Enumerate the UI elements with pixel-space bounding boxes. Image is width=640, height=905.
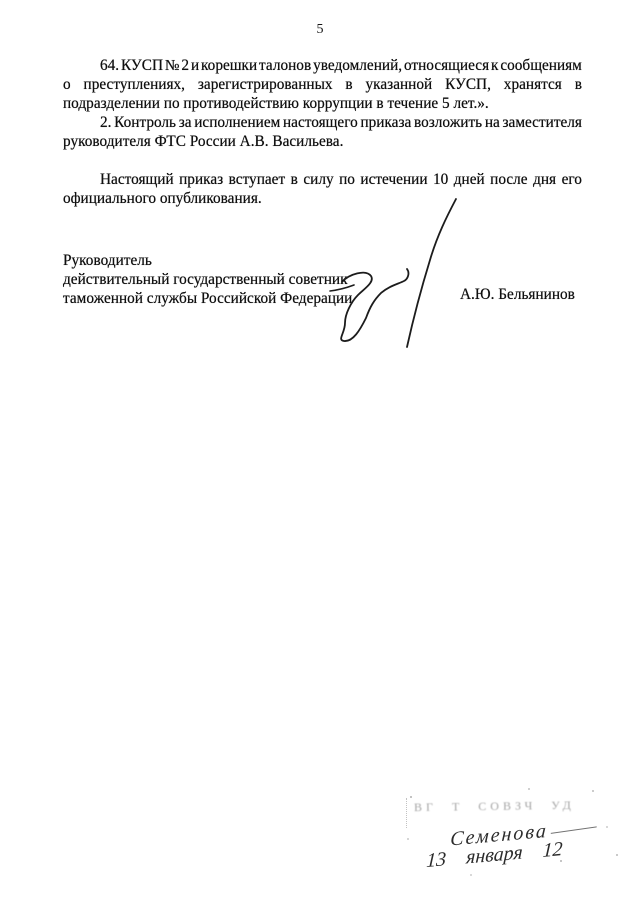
document-page: 5 64.КУСП№2икорешкиталоновуведомлений,от…: [0, 0, 640, 905]
text-line: официального опубликования.: [63, 189, 582, 208]
scan-noise-dots: [410, 796, 412, 798]
text-line: подразделении по противодействию коррупц…: [63, 94, 582, 113]
page-number: 5: [0, 22, 640, 38]
text-line: 2.Контрользаисполнениемнастоящегоприказа…: [63, 113, 582, 132]
signer-name: А.Ю. Бельянинов: [460, 286, 575, 304]
document-body: 64.КУСП№2икорешкиталоновуведомлений,отно…: [63, 56, 582, 208]
registration-stamp-area: ВГ Т СОВЗЧ УД Семенова 13 января 12: [404, 794, 636, 898]
paragraph-control: 2.Контрользаисполнениемнастоящегоприказа…: [63, 113, 582, 151]
handwritten-date: 13 января 12: [426, 838, 563, 873]
stamp-border-fragment: [406, 798, 407, 828]
text-line: руководителя ФТС России А.В. Васильева.: [63, 132, 582, 151]
faint-stamp-text: ВГ Т СОВЗЧ УД: [414, 798, 575, 815]
text-line: опреступлениях,зарегистрированныхвуказан…: [63, 75, 582, 94]
handwritten-signature-scribble: [325, 192, 475, 352]
signature-z-flourish: [341, 269, 408, 341]
paragraph-kusp-storage: 64.КУСП№2икорешкиталоновуведомлений,отно…: [63, 56, 582, 113]
text-line: Настоящийприказвступаетвсилупоистечении1…: [63, 170, 582, 189]
handwriting-flourish: [551, 826, 597, 833]
signer-rank-line1: действительный государственный советник: [63, 270, 352, 289]
signature-title-block: Руководитель действительный государствен…: [63, 251, 352, 308]
signature-underline-stroke: [330, 285, 354, 291]
paragraph-entry-into-force: Настоящийприказвступаетвсилупоистечении1…: [63, 170, 582, 208]
signer-position: Руководитель: [63, 251, 352, 270]
text-line: 64.КУСП№2икорешкиталоновуведомлений,отно…: [63, 56, 582, 75]
signer-rank-line2: таможенной службы Российской Федерации: [63, 289, 352, 308]
signature-long-stroke: [407, 199, 456, 347]
